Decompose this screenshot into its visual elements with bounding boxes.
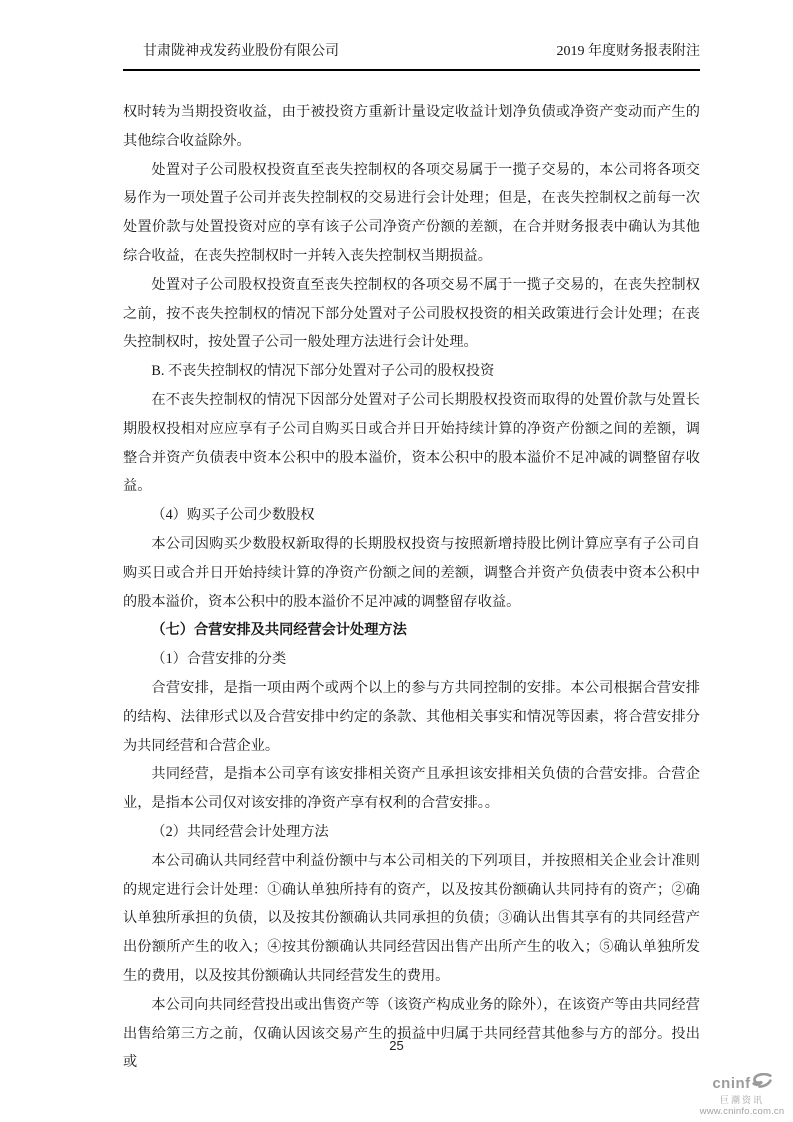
subheading: B. 不丧失控制权的情况下部分处置对子公司的股权投资: [123, 357, 700, 386]
section-heading: （七）合营安排及共同经营会计处理方法: [123, 616, 700, 645]
subheading: （1）合营安排的分类: [123, 645, 700, 674]
subheading: （4）购买子公司少数股权: [123, 501, 700, 530]
paragraph: 合营安排，是指一项由两个或两个以上的参与方共同控制的安排。本公司根据合营安排的结…: [123, 674, 700, 760]
page-number: 25: [0, 1038, 793, 1053]
paragraph: 在不丧失控制权的情况下因部分处置对子公司长期股权投资而取得的处置价款与处置长期股…: [123, 386, 700, 501]
paragraph: 权时转为当期投资收益，由于被投资方重新计量设定收益计划净负债或净资产变动而产生的…: [123, 98, 700, 156]
header-report-title: 2019 年度财务报表附注: [557, 42, 701, 62]
paragraph: 处置对子公司股权投资直至丧失控制权的各项交易属于一揽子交易的，本公司将各项交易作…: [123, 156, 700, 271]
paragraph: 本公司确认共同经营中利益份额中与本公司相关的下列项目，并按照相关企业会计准则的规…: [123, 847, 700, 991]
cninfo-swirl-icon: [752, 1073, 772, 1095]
cninfo-brand-text: cninf: [712, 1076, 750, 1093]
document-body: 权时转为当期投资收益，由于被投资方重新计量设定收益计划净负债或净资产变动而产生的…: [123, 98, 700, 1077]
paragraph: 本公司向共同经营投出或出售资产等（该资产构成业务的除外），在该资产等由共同经营出…: [123, 991, 700, 1077]
paragraph: 处置对子公司股权投资直至丧失控制权的各项交易不属于一揽子交易的，在丧失控制权之前…: [123, 271, 700, 357]
cninfo-brand-row: cninf: [692, 1073, 792, 1095]
cninfo-website: www.cninfo.com.cn: [692, 1107, 792, 1117]
page-header: 甘肃陇神戎发药业股份有限公司 2019 年度财务报表附注: [123, 42, 700, 71]
cninfo-logo: cninf 巨潮资讯 www.cninfo.com.cn: [692, 1073, 792, 1118]
subheading: （2）共同经营会计处理方法: [123, 818, 700, 847]
paragraph: 本公司因购买少数股权新取得的长期股权投资与按照新增持股比例计算应享有子公司自购买…: [123, 530, 700, 616]
paragraph: 共同经营，是指本公司享有该安排相关资产且承担该安排相关负债的合营安排。合营企业，…: [123, 760, 700, 818]
cninfo-brand-chinese: 巨潮资讯: [692, 1096, 792, 1106]
header-company-name: 甘肃陇神戎发药业股份有限公司: [123, 42, 339, 62]
